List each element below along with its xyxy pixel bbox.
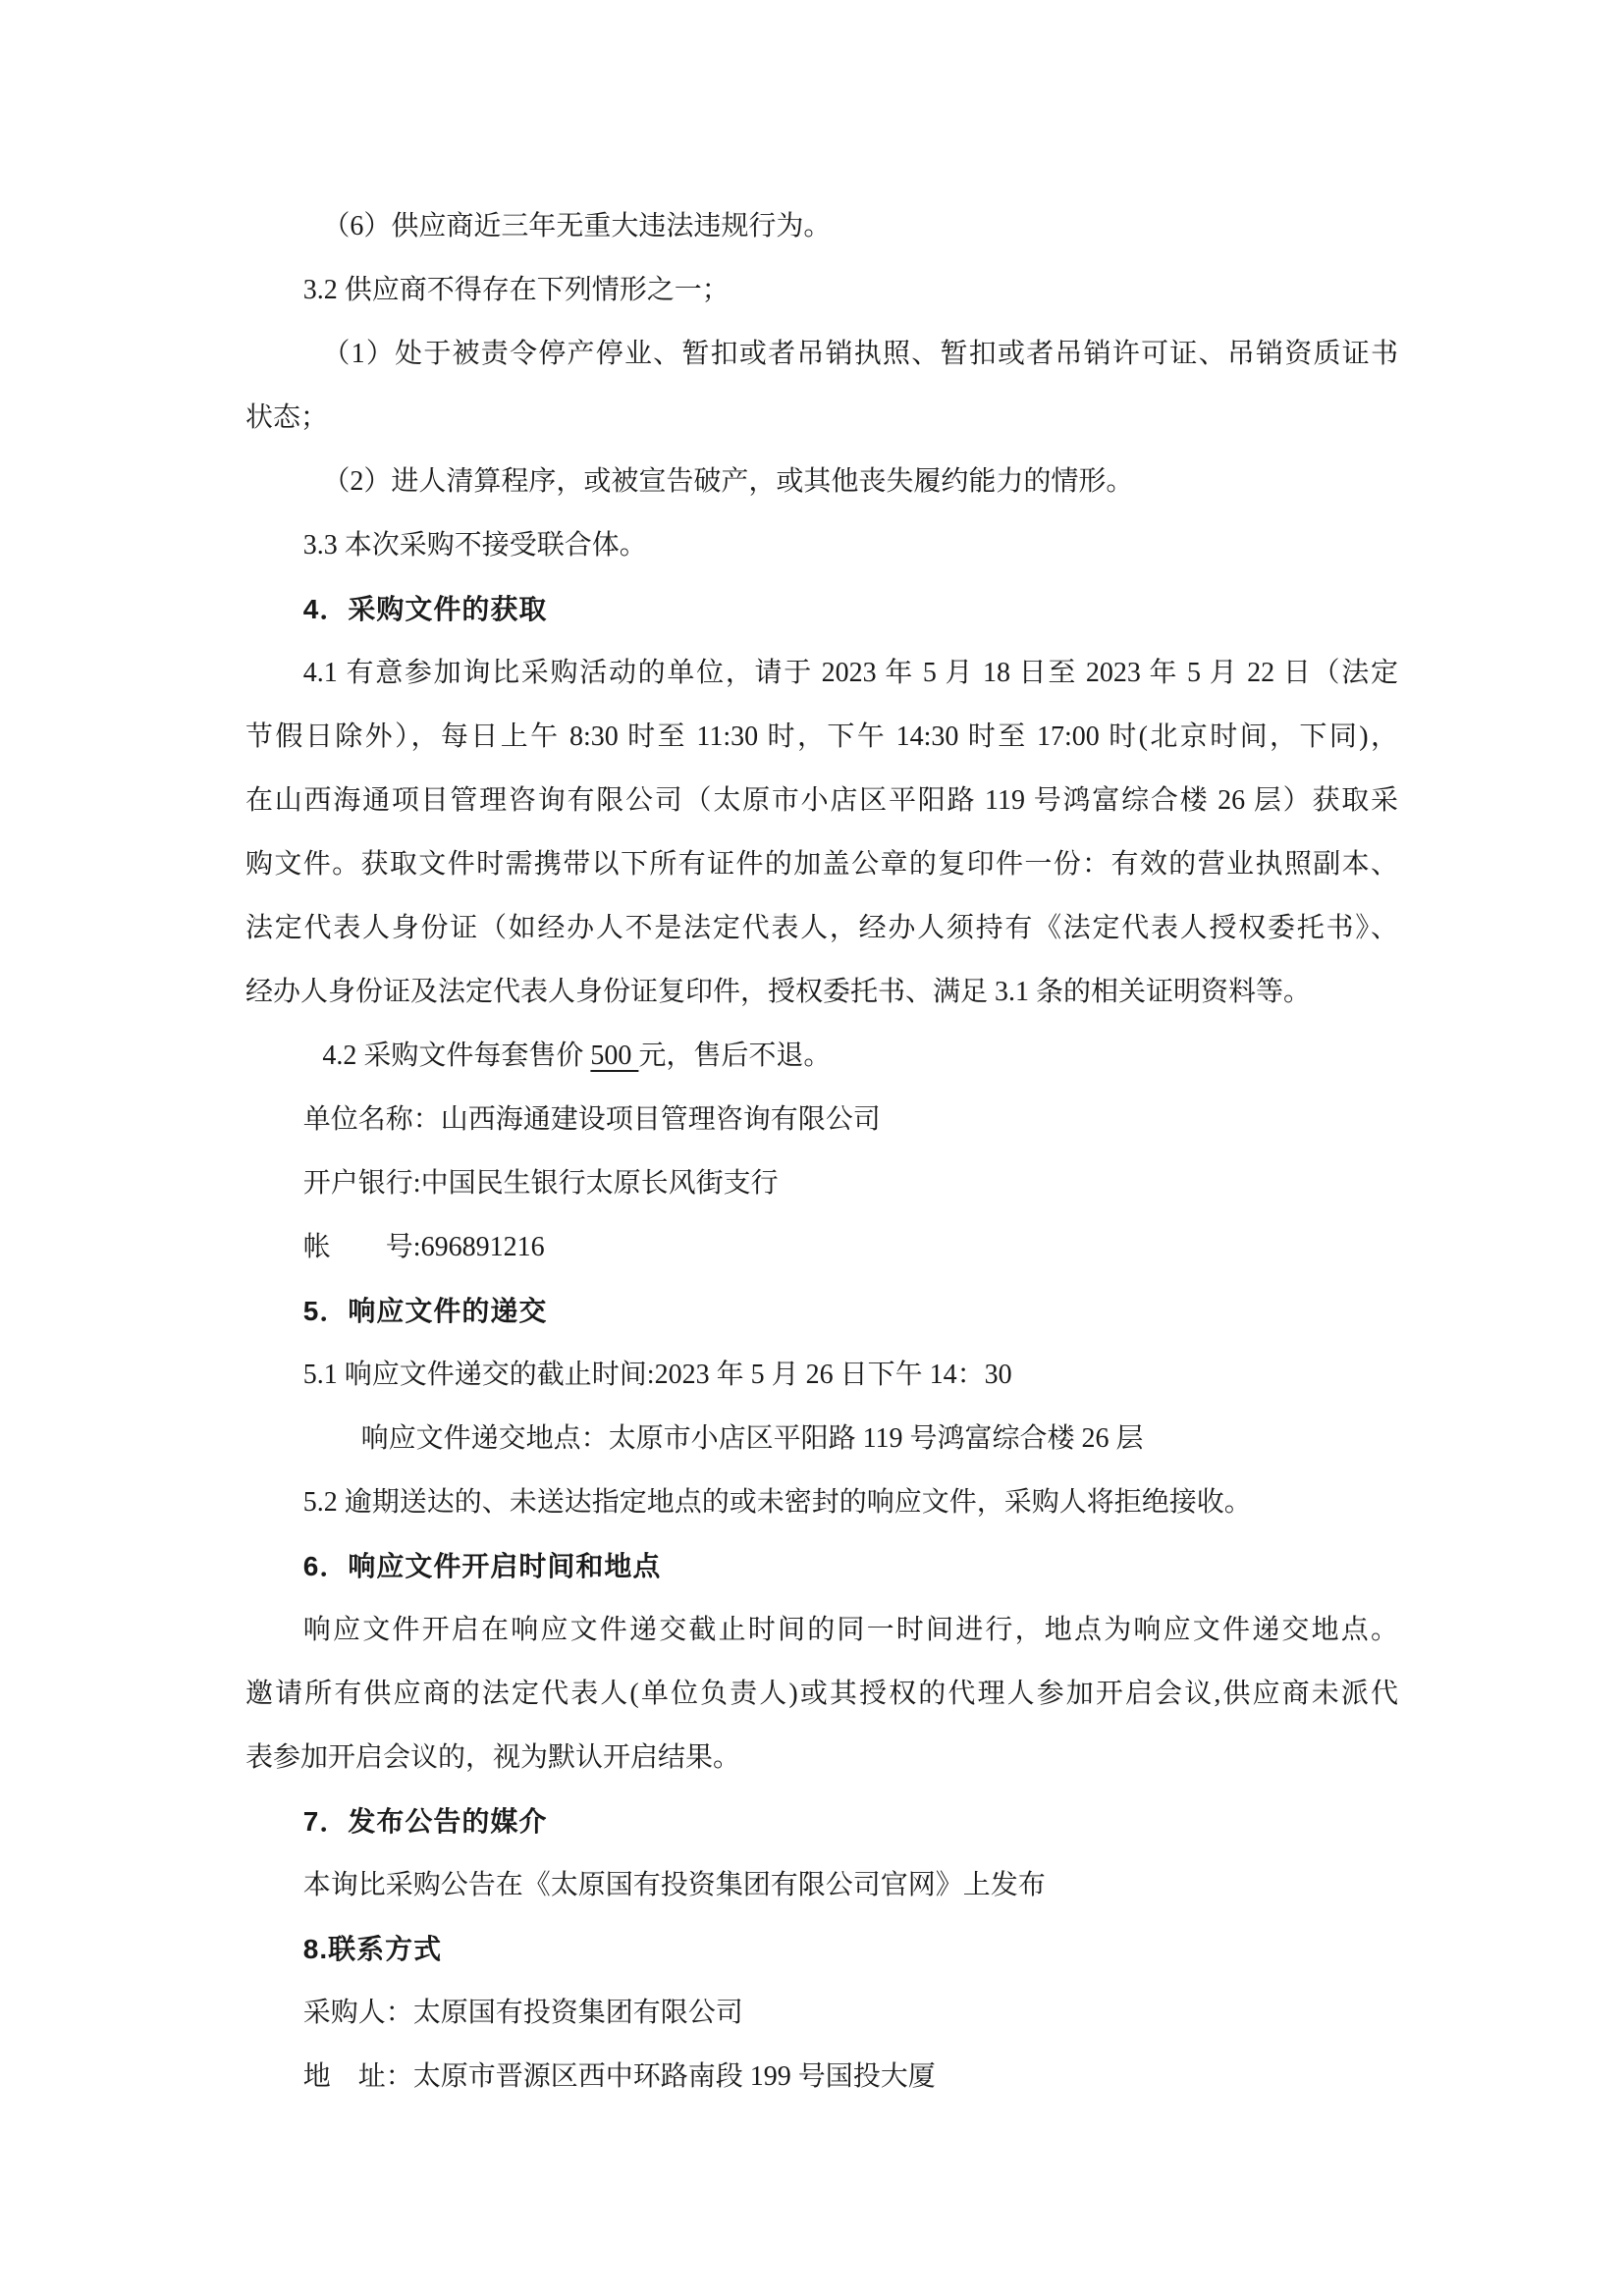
clause-6-line-3: 表参加开启会议的，视为默认开启结果。 (245, 1726, 1398, 1789)
clause-4-1-line-1: 4.1 有意参加询比采购活动的单位，请于 2023 年 5 月 18 日至 20… (245, 641, 1398, 705)
section-heading-8: 8.联系方式 (245, 1917, 1398, 1981)
clause-5-2: 5.2 逾期送达的、未送达指定地点的或未密封的响应文件，采购人将拒绝接收。 (245, 1470, 1398, 1534)
contact-address: 地 址：太原市晋源区西中环路南段 199 号国投大厦 (245, 2045, 1398, 2109)
contact-purchaser: 采购人：太原国有投资集团有限公司 (245, 1981, 1398, 2045)
clause-3-2-item-2: （2）进人清算程序，或被宣告破产，或其他丧失履约能力的情形。 (245, 450, 1398, 513)
clause-4-2: 4.2 采购文件每套售价 500 元，售后不退。 (245, 1024, 1398, 1088)
bank-account-number: 帐 号:696891216 (245, 1215, 1398, 1279)
clause-3-1-item-6: （6）供应商近三年无重大违法违规行为。 (245, 194, 1398, 258)
section-heading-5: 5．响应文件的递交 (245, 1279, 1398, 1343)
section-heading-7: 7．发布公告的媒介 (245, 1789, 1398, 1853)
underlined-text: 500 (590, 1041, 638, 1071)
section-heading-4: 4．采购文件的获取 (245, 577, 1398, 641)
clause-4-1-line-2: 节假日除外），每日上午 8:30 时至 11:30 时，下午 14:30 时至 … (245, 705, 1398, 769)
clause-7-text: 本询比采购公告在《太原国有投资集团有限公司官网》上发布 (245, 1853, 1398, 1917)
clause-5-1: 5.1 响应文件递交的截止时间:2023 年 5 月 26 日下午 14：30 (245, 1343, 1398, 1407)
clause-6-line-2: 邀请所有供应商的法定代表人(单位负责人)或其授权的代理人参加开启会议,供应商未派… (245, 1662, 1398, 1726)
bank-name: 开户银行:中国民生银行太原长风街支行 (245, 1151, 1398, 1215)
clause-3-3: 3.3 本次采购不接受联合体。 (245, 513, 1398, 577)
document-body: （6）供应商近三年无重大违法违规行为。3.2 供应商不得存在下列情形之一；（1）… (0, 0, 1624, 2296)
clause-3-2: 3.2 供应商不得存在下列情形之一； (245, 258, 1398, 322)
text-run: 元，售后不退。 (638, 1041, 831, 1071)
document-page: （6）供应商近三年无重大违法违规行为。3.2 供应商不得存在下列情形之一；（1）… (0, 0, 1624, 2296)
clause-3-2-item-1-cont: 状态； (245, 386, 1398, 450)
clause-4-1-line-3: 在山西海通项目管理咨询有限公司（太原市小店区平阳路 119 号鸿富综合楼 26 … (245, 769, 1398, 832)
section-heading-6: 6．响应文件开启时间和地点 (245, 1534, 1398, 1598)
bank-account-name: 单位名称：山西海通建设项目管理咨询有限公司 (245, 1088, 1398, 1151)
text-run: 4.2 采购文件每套售价 (322, 1041, 590, 1071)
clause-6-line-1: 响应文件开启在响应文件递交截止时间的同一时间进行，地点为响应文件递交地点。 (245, 1598, 1398, 1662)
clause-4-1-line-5: 法定代表人身份证（如经办人不是法定代表人，经办人须持有《法定代表人授权委托书》、 (245, 896, 1398, 960)
clause-5-1-address: 响应文件递交地点：太原市小店区平阳路 119 号鸿富综合楼 26 层 (245, 1407, 1398, 1470)
clause-4-1-line-6: 经办人身份证及法定代表人身份证复印件，授权委托书、满足 3.1 条的相关证明资料… (245, 960, 1398, 1024)
clause-3-2-item-1: （1）处于被责令停产停业、暂扣或者吊销执照、暂扣或者吊销许可证、吊销资质证书 (245, 322, 1398, 386)
clause-4-1-line-4: 购文件。获取文件时需携带以下所有证件的加盖公章的复印件一份：有效的营业执照副本、 (245, 832, 1398, 896)
